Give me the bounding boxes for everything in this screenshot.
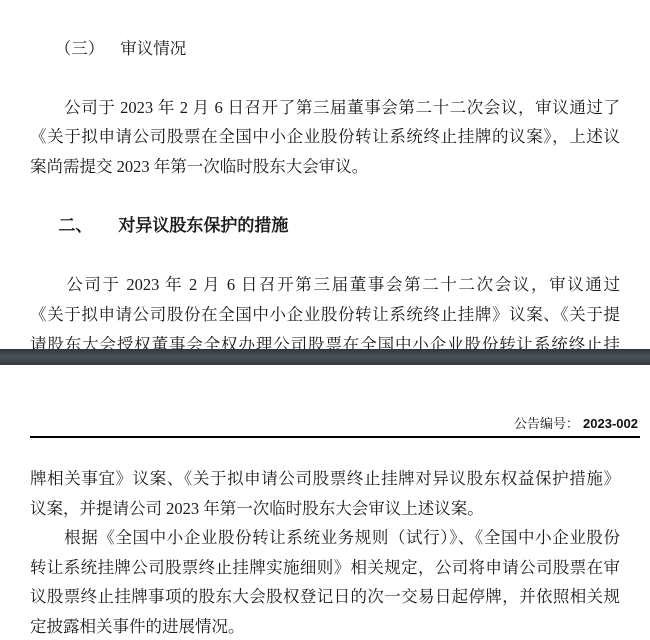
text-line: 请股东大会授权董事会全权办理公司股票在全国中小企业股份转让系统终止挂 [30, 330, 620, 349]
announcement-number-label: 公告编号： [514, 416, 579, 431]
text-line: 议股票终止挂牌事项的股东大会股权登记日的次一交易日起停牌，并依照相关规 [30, 582, 620, 612]
section-heading-number: （三） [55, 39, 105, 58]
text-line: 《关于拟申请公司股票在全国中小企业股份转让系统终止挂牌的议案》，上述议 [30, 122, 620, 152]
document-viewer: （三）审议情况 公司于 2023 年 2 月 6 日召开了第三届董事会第二十二次… [0, 0, 650, 640]
section-heading-title: 审议情况 [120, 39, 186, 58]
paragraph-resolutions: 公司于 2023 年 2 月 6 日召开第三届董事会第二十二次会议，审议通过《关… [30, 270, 620, 349]
page-2: 公告编号：2023-002 牌相关事宜》议案、《关于拟申请公司股票终止挂牌对异议… [0, 415, 650, 640]
text-line: 牌相关事宜》议案、《关于拟申请公司股票终止挂牌对异议股东权益保护措施》 [30, 464, 620, 494]
section-heading: （三）审议情况 [30, 4, 620, 93]
paragraph-suspension-rules: 根据《全国中小企业股份转让系统业务规则（试行）》、《全国中小企业股份转让系统挂牌… [30, 523, 620, 640]
announcement-number-value: 2023-002 [583, 416, 638, 431]
text-line: 公司于 2023 年 2 月 6 日召开第三届董事会第二十二次会议，审议通过 [30, 270, 620, 300]
text-line: 《关于拟申请公司股份在全国中小企业股份转让系统终止挂牌》议案、《关于提 [30, 300, 620, 330]
text-line: 根据《全国中小企业股份转让系统业务规则（试行）》、《全国中小企业股份 [30, 523, 620, 553]
page-separator-band [0, 349, 650, 365]
paragraph-approval: 公司于 2023 年 2 月 6 日召开了第三届董事会第二十二次会议，审议通过了… [30, 93, 620, 182]
page-1: （三）审议情况 公司于 2023 年 2 月 6 日召开了第三届董事会第二十二次… [0, 0, 650, 349]
text-line: 议案，并提请公司 2023 年第一次临时股东大会审议上述议案。 [30, 494, 620, 524]
text-line: 转让系统挂牌公司股票终止挂牌实施细则》相关规定，公司将申请公司股票在审 [30, 553, 620, 583]
heading-dissenting-shareholders: 二、对异议股东保护的措施 [30, 182, 620, 271]
header-rule [30, 436, 640, 438]
text-line: 定披露相关事件的进展情况。 [30, 612, 620, 640]
heading-number: 二、 [58, 216, 92, 235]
paragraph-resolutions-continued: 牌相关事宜》议案、《关于拟申请公司股票终止挂牌对异议股东权益保护措施》议案，并提… [30, 464, 620, 523]
text-line: 案尚需提交 2023 年第一次临时股东大会审议。 [30, 152, 620, 182]
text-line: 公司于 2023 年 2 月 6 日召开了第三届董事会第二十二次会议，审议通过了 [30, 93, 620, 123]
announcement-number: 公告编号：2023-002 [30, 415, 638, 433]
heading-title: 对异议股东保护的措施 [118, 216, 288, 235]
